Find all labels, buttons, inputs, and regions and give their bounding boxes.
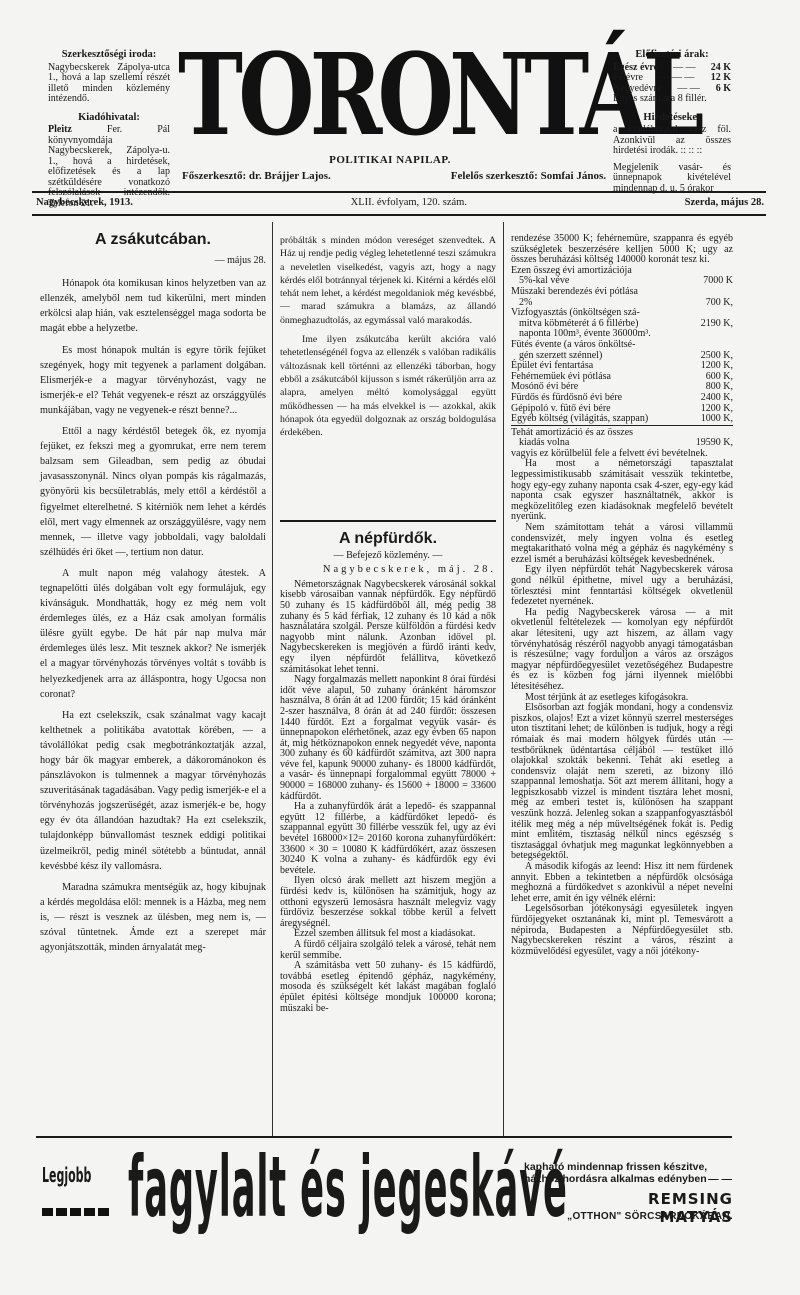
expense-table: Ezen összeg évi amortizációja 5%-kal vév…	[511, 266, 733, 449]
article-zsakutcaban: A zsákutcában. — május 28. Hónapok óta k…	[40, 232, 266, 955]
newspaper-subtitle: POLITIKAI NAPILAP.	[180, 154, 600, 166]
prices-heading: Előfizetési árak:	[613, 50, 731, 61]
paragraph: Elsősorban azt fogják mondani, hogy a co…	[511, 703, 733, 862]
expense-value: 1000 K,	[687, 414, 733, 425]
paragraph: rendezése 35000 K; fehérnemüre, szappanr…	[511, 234, 733, 266]
expense-value: 700 K,	[687, 298, 733, 309]
dateline-rule	[32, 214, 766, 216]
paragraph: Nagy forgalmazás mellett naponkint 8 óra…	[280, 675, 496, 802]
expense-row: Fürdős és fürdősnő évi bére2400 K,	[511, 393, 733, 404]
paragraph: A számitásba vett 50 zuhany- és 15 kádfü…	[280, 961, 496, 1014]
paragraph: Egy ilyen népfürdőt tehát Nagybecskerek …	[511, 565, 733, 607]
expense-value: 2400 K,	[687, 393, 733, 404]
expense-label: Fütés évente (a város önköltsé-	[511, 340, 733, 351]
article-zsakutcaban-continued: próbálták s minden módon vereséget szenv…	[280, 234, 496, 439]
expense-label: Müszaki berendezés évi pótlása	[511, 287, 733, 298]
place-date: Nagybecskerek, máj. 28.	[280, 565, 496, 576]
publisher-heading: Kiadóhivatal:	[48, 113, 170, 124]
newspaper-title: TORONTÁL	[178, 42, 506, 150]
article-title: A népfürdők.	[280, 534, 496, 545]
single-issue-price: Egyes szám ára 8 fillér.	[613, 94, 731, 105]
ad-description: kapható mindennap frissen készitve, házh…	[524, 1161, 732, 1185]
ad-prefix: Legjobb	[42, 1163, 91, 1187]
article-separator	[280, 520, 496, 522]
paragraph: Nem számitottam tehát a városi villammü …	[511, 523, 733, 565]
paragraph: Németországnak Nagybecskerek városánál s…	[280, 580, 496, 675]
expense-value: 2190 K,	[687, 319, 733, 330]
paragraph: próbálták s minden módon vereséget szenv…	[280, 234, 496, 327]
masthead-rule	[32, 191, 766, 193]
subscription-box: Előfizetési árak: Egész évre— —24 K Félé…	[613, 50, 731, 194]
editors-line: Főszerkesztő: dr. Brájjer Lajos. Felelős…	[182, 170, 606, 182]
paragraph: A mult napon még valahogy átestek. A teg…	[40, 566, 266, 702]
publisher-details: Fer. Pál könyvnyomdája Nagybecskerek, Zá…	[48, 124, 170, 209]
paragraph: A második kifogás az leend: Hisz itt nem…	[511, 862, 733, 904]
issue-day: Szerda, május 28.	[685, 197, 764, 208]
expense-row: Müszaki berendezés évi pótlása	[511, 287, 733, 298]
paragraph: Hónapok óta komikusan kinos helyzetben v…	[40, 276, 266, 336]
ads-heading: Hirdetéseket	[613, 113, 731, 124]
paragraph: Ilyen olcsó árak mellett azt hiszem megj…	[280, 876, 496, 929]
place-year: Nagybecskerek, 1913.	[36, 197, 133, 208]
paragraph: Ha most a németországi tapasztalat legpe…	[511, 459, 733, 523]
ad-dash: — —	[708, 1173, 732, 1185]
price-row: Félévre— — —12 K	[613, 73, 731, 84]
paragraph: Ha a zuhanyfürdők árát a lepedő- és szap…	[280, 802, 496, 876]
price-value: 12 K	[711, 73, 731, 84]
schedule-text: Megjelenik vasár- és ünnepnapok kivételé…	[613, 163, 731, 195]
ad-location: „OTTHON" SÖRCSARNOKÁBAN.	[560, 1211, 733, 1222]
paragraph: A fürdő céljaira szolgáló telek a városé…	[280, 940, 496, 961]
expense-value: 7000 K	[687, 276, 733, 287]
ad-description-text: kapható mindennap frissen készitve, házh…	[524, 1161, 707, 1185]
article-date: — május 28.	[40, 253, 266, 268]
paragraph: Ettől a nagy kérdéstől betegek ők, ez ny…	[40, 424, 266, 560]
editorial-office-box: Szerkesztőségi iroda: Nagybecskerek Zápo…	[48, 50, 170, 209]
price-value: 6 K	[716, 84, 731, 95]
expense-label: Egyéb költség (világitás, szappan)	[511, 414, 687, 425]
ad-decoration-blocks	[42, 1208, 109, 1216]
expense-row: Fütés évente (a város önköltsé-	[511, 340, 733, 351]
column-divider	[503, 222, 504, 1137]
ad-headline: fagylalt és jegeskávé	[128, 1145, 568, 1229]
article-title: A zsákutcában.	[40, 232, 266, 247]
ads-text: a kiadóhivatal vesz föl. Azonkivül az ös…	[613, 125, 731, 157]
article-nepfurdok-continued: rendezése 35000 K; fehérnemüre, szappanr…	[511, 234, 733, 957]
column-divider	[272, 222, 273, 1137]
expense-row: Egyéb költség (világitás, szappan)1000 K…	[511, 414, 733, 426]
office-text: Nagybecskerek Zápolya-utca 1., hová a la…	[48, 63, 170, 105]
article-nepfurdok: A népfürdők. — Befejező közlemény. — Nag…	[280, 534, 496, 1014]
paragraph: Maradna számukra mentségük az, hogy kibu…	[40, 880, 266, 955]
price-dash: — — —	[659, 73, 694, 84]
chief-editor: Főszerkesztő: dr. Brájjer Lajos.	[182, 170, 331, 182]
paragraph: Ime ilyen zsákutcába került akcióra való…	[280, 333, 496, 439]
paragraph: Legelsősorban jótékonysági egyesületek i…	[511, 904, 733, 957]
publisher-name: Pleitz	[48, 124, 72, 135]
expense-label: Fürdős és fürdősnő évi bére	[511, 393, 687, 404]
paragraph: Ha ezt cselekszik, csak szánalmat vagy k…	[40, 708, 266, 874]
responsible-editor: Felelős szerkesztő: Somfai János.	[451, 170, 606, 182]
volume-number: XLII. évfolyam, 120. szám.	[351, 197, 467, 208]
office-heading: Szerkesztőségi iroda:	[48, 50, 170, 61]
paragraph: Ha pedig Nagybecskerek városa — a mit ok…	[511, 608, 733, 693]
price-label: Félévre	[613, 73, 643, 84]
dateline: Nagybecskerek, 1913. XLII. évfolyam, 120…	[36, 197, 764, 208]
paragraph: Es most hónapok multán is egyre törik fe…	[40, 343, 266, 418]
article-note: — Befejező közlemény. —	[280, 551, 496, 562]
